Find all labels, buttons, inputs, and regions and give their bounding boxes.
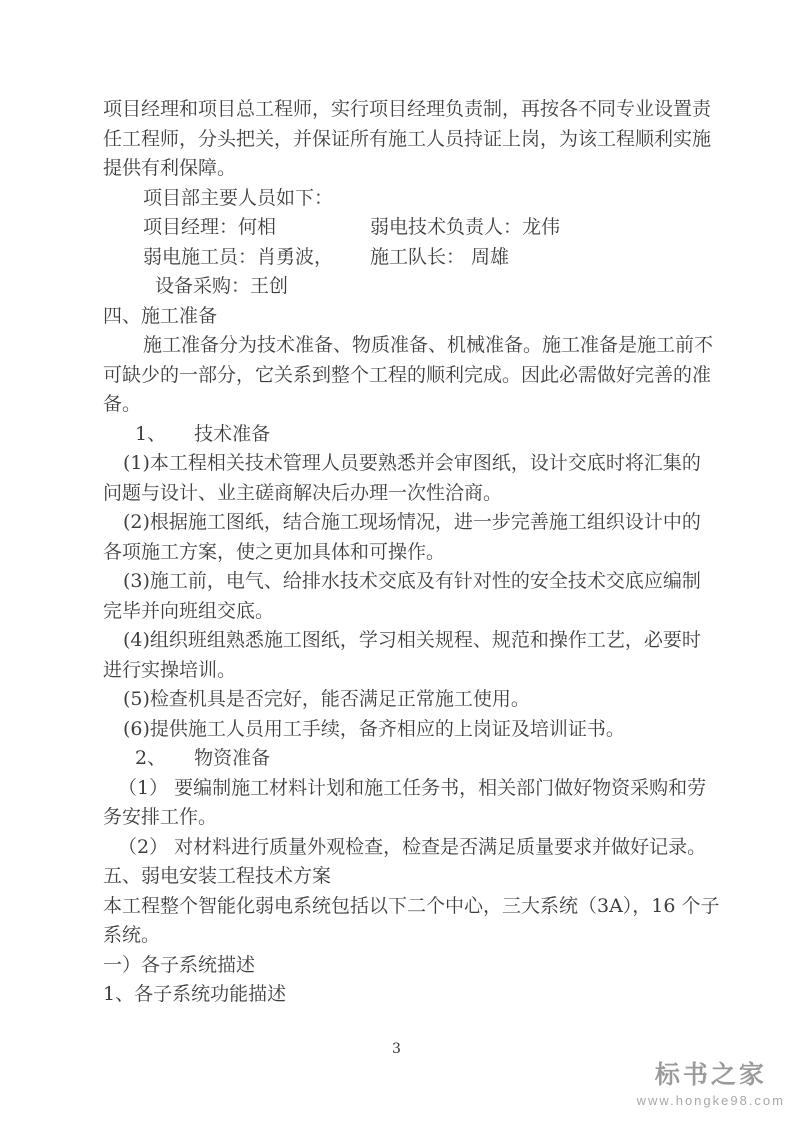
page-number: 3 (0, 1041, 793, 1057)
paragraph-line: 可缺少的一部分，它关系到整个工程的顺利完成。因此必需做好完善的准 (103, 361, 717, 391)
paragraph-line: 系统。 (103, 921, 717, 951)
numbered-item-line: (2)根据施工图纸，结合施工现场情况，进一步完善施工组织设计中的 (103, 508, 717, 538)
subsection-title: 物资准备 (194, 747, 270, 769)
numbered-item-line: （1） 要编制施工材料计划和施工任务书，相关部门做好物资采购和劳 (103, 774, 717, 804)
personnel-role-left: 项目经理：何相 (143, 216, 276, 238)
numbered-item-line: (5)检查机具是否完好，能否满足正常施工使用。 (103, 685, 717, 715)
paragraph-line: 问题与设计、业主磋商解决后办理一次性洽商。 (103, 479, 717, 509)
personnel-line: 弱电施工员：肖勇波， 施工队长： 周雄 (103, 243, 717, 273)
subsection-heading-tech: 1、技术准备 (103, 420, 717, 450)
subsection-number: 2、 (135, 747, 166, 769)
paragraph-line: 务安排工作。 (103, 803, 717, 833)
personnel-role-left: 弱电施工员：肖勇波， (143, 246, 333, 268)
paragraph-line: 项目经理和项目总工程师，实行项目经理负责制，再按各不同专业设置责 (103, 95, 717, 125)
personnel-role-right: 施工队长： 周雄 (370, 243, 509, 273)
personnel-line: 设备采购：王创 (103, 272, 717, 302)
paragraph-line: 各项施工方案，使之更加具体和可操作。 (103, 538, 717, 568)
watermark-url: www.hongke98.com (637, 1093, 785, 1108)
personnel-intro-line: 项目部主要人员如下： (103, 184, 717, 214)
subsection-title: 技术准备 (194, 423, 270, 445)
paragraph-line: 完毕并向班组交底。 (103, 597, 717, 627)
subsection-heading-functions: 1、各子系统功能描述 (103, 980, 717, 1010)
subsection-number: 1、 (135, 423, 166, 445)
watermark: 标书之家 www.hongke98.com (637, 1062, 785, 1108)
personnel-role-right: 弱电技术负责人：龙伟 (370, 213, 560, 243)
paragraph-line: 本工程整个智能化弱电系统包括以下二个中心，三大系统（3A），16 个子 (103, 892, 717, 922)
document-body: 项目经理和项目总工程师，实行项目经理负责制，再按各不同专业设置责 任工程师，分头… (103, 95, 717, 1010)
numbered-item-line: (1)本工程相关技术管理人员要熟悉并会审图纸，设计交底时将汇集的 (103, 449, 717, 479)
numbered-item-line: (6)提供施工人员用工手续，备齐相应的上岗证及培训证书。 (103, 715, 717, 745)
numbered-item-line: （2） 对材料进行质量外观检查，检查是否满足质量要求并做好记录。 (103, 833, 717, 863)
numbered-item-line: (4)组织班组熟悉施工图纸，学习相关规程、规范和操作工艺，必要时 (103, 626, 717, 656)
paragraph-line: 任工程师，分头把关，并保证所有施工人员持证上岗，为该工程顺利实施 (103, 125, 717, 155)
subsection-heading-subsystems: 一）各子系统描述 (103, 951, 717, 981)
section-heading-5: 五、弱电安装工程技术方案 (103, 862, 717, 892)
section-heading-4: 四、施工准备 (103, 302, 717, 332)
paragraph-line: 提供有利保障。 (103, 154, 717, 184)
document-page: 项目经理和项目总工程师，实行项目经理负责制，再按各不同专业设置责 任工程师，分头… (0, 0, 793, 1122)
watermark-brand: 标书之家 (637, 1062, 785, 1090)
paragraph-line: 备。 (103, 390, 717, 420)
paragraph-line: 进行实操培训。 (103, 656, 717, 686)
subsection-heading-material: 2、物资准备 (103, 744, 717, 774)
numbered-item-line: (3)施工前，电气、给排水技术交底及有针对性的安全技术交底应编制 (103, 567, 717, 597)
paragraph-line: 施工准备分为技术准备、物质准备、机械准备。施工准备是施工前不 (103, 331, 717, 361)
personnel-line: 项目经理：何相 弱电技术负责人：龙伟 (103, 213, 717, 243)
